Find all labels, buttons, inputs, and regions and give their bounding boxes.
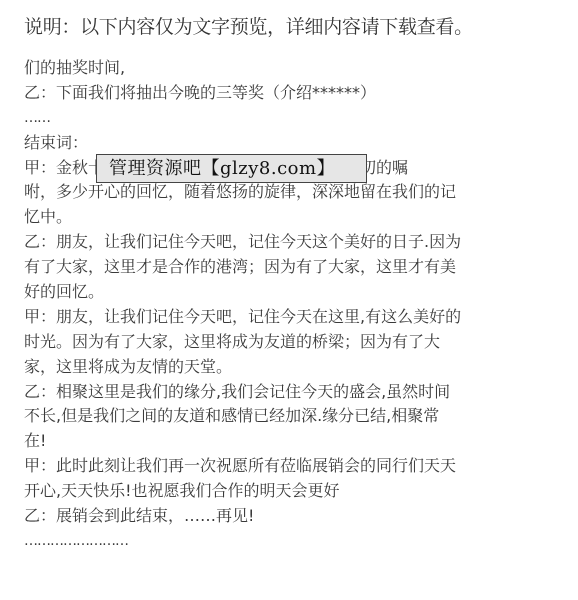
text-line: 不长,但是我们之间的友道和感情已经加深.缘分已结,相聚常 [24, 404, 564, 429]
text-line: 甲：朋友，让我们记住今天吧，记住今天在这里,有这么美好的 [24, 305, 564, 330]
text-line: 乙：相聚这里是我们的缘分,我们会记住今天的盛会,虽然时间 [24, 380, 564, 405]
text-line: 忆中。 [24, 205, 564, 230]
text-line: 咐，多少开心的回忆，随着悠扬的旋律，深深地留在我们的记 [24, 180, 564, 205]
text-line: 在! [24, 429, 564, 454]
text-line: 开心,天天快乐!也祝愿我们合作的明天会更好 [24, 479, 564, 504]
text-line: 家，这里将成为友情的天堂。 [24, 355, 564, 380]
text-line: 乙：朋友，让我们记住今天吧，记住今天这个美好的日子.因为 [24, 230, 564, 255]
text-line: 好的回忆。 [24, 280, 564, 305]
text-line: 乙：展销会到此结束，……再见! [24, 504, 564, 529]
preview-notice-title: 说明：以下内容仅为文字预览，详细内容请下载查看。 [24, 14, 473, 40]
text-line: 时光。因为有了大家，这里将成为友道的桥梁；因为有了大 [24, 330, 564, 355]
ellipsis-line: …………………… [24, 529, 564, 554]
text-line: 乙：下面我们将抽出今晚的三等奖（介绍******） [24, 81, 564, 106]
text-line: 有了大家，这里才是合作的港湾；因为有了大家，这里才有美 [24, 255, 564, 280]
watermark-overlay: 管理资源吧【glzy8.com】 [96, 154, 367, 183]
text-line: 甲：此时此刻让我们再一次祝愿所有莅临展销会的同行们天天 [24, 454, 564, 479]
section-heading: 结束词： [24, 131, 564, 156]
document-body: 们的抽奖时间, 乙：下面我们将抽出今晚的三等奖（介绍******） …… 结束词… [24, 56, 564, 554]
text-line: 们的抽奖时间, [24, 56, 564, 81]
ellipsis-line: …… [24, 106, 564, 131]
